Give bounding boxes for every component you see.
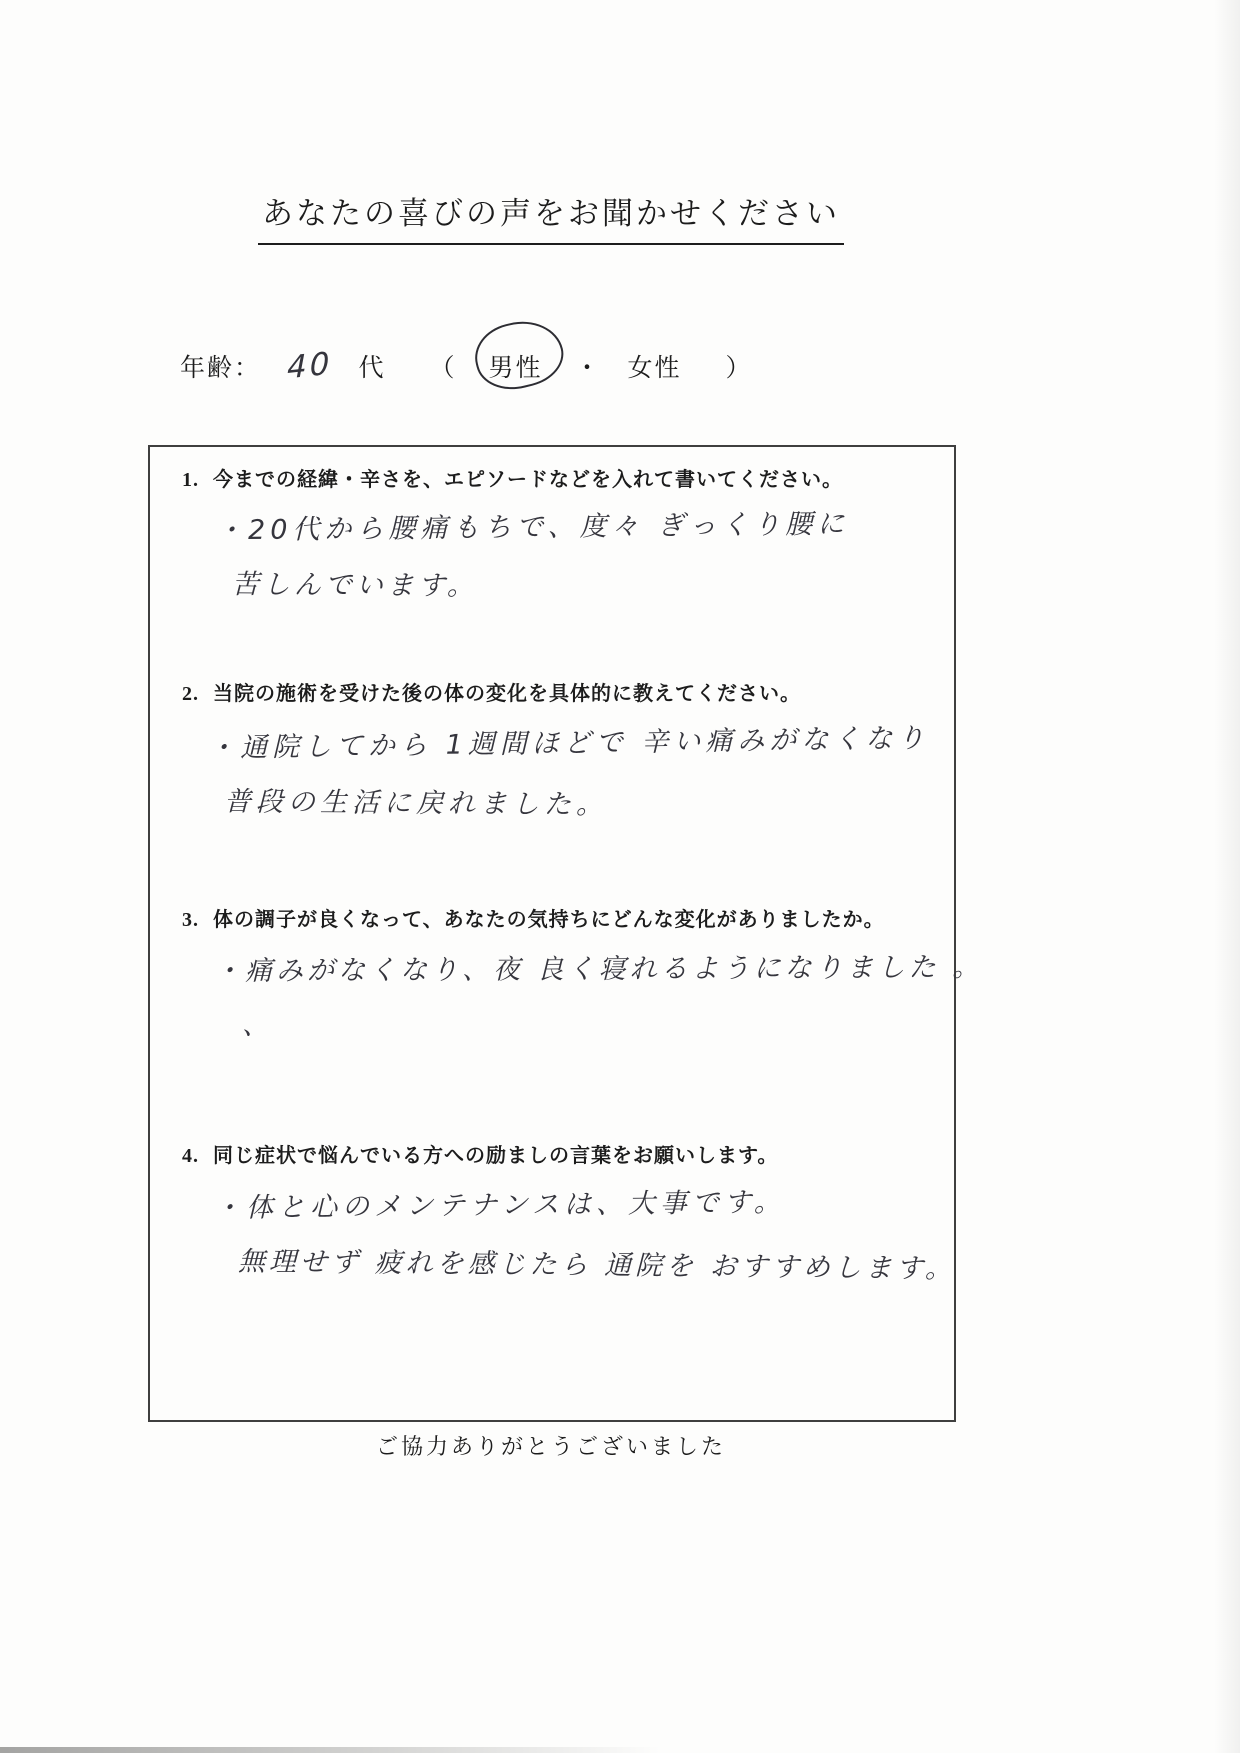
age-unit: 代 <box>358 355 385 382</box>
answer-2-line-2: 普段の生活に戻れました。 <box>224 779 608 821</box>
question-3-prompt: 3.体の調子が良くなって、あなたの気持ちにどんな変化がありましたか。 <box>182 903 885 932</box>
gender-separator: ・ <box>575 355 602 382</box>
scan-shadow-right <box>1214 0 1240 1753</box>
paren-close: ） <box>726 355 753 382</box>
age-value-handwritten: 40 <box>287 346 332 387</box>
question-3-number: 3. <box>182 909 199 932</box>
question-2-text: 当院の施術を受けた後の体の変化を具体的に教えてください。 <box>213 683 801 705</box>
answer-1-line-2: 苦しんでいます。 <box>232 562 478 603</box>
footer-thanks: ご協力ありがとうございました <box>148 1430 954 1461</box>
title-wrap: あなたの喜びの声をお聞かせください <box>148 188 954 245</box>
answer-4-line-1: ・体と心のメンテナンスは、大事です。 <box>214 1180 786 1225</box>
question-1-prompt: 1.今までの経緯・辛さを、エピソードなどを入れて書いてください。 <box>182 463 843 492</box>
gender-option-male: 男性 <box>483 348 549 384</box>
scan-shadow-bottom <box>0 1747 660 1753</box>
question-4-prompt: 4.同じ症状で悩んでいる方への励ましの言葉をお願いします。 <box>182 1139 778 1168</box>
scanned-survey-sheet: あなたの喜びの声をお聞かせください 年齢：40代（男性・女性） 1.今までの経緯… <box>0 0 1240 1753</box>
answer-2-line-1: ・通院してから 1週間ほどで 辛い痛みがなくなり <box>208 716 930 765</box>
question-4-number: 4. <box>182 1145 199 1168</box>
question-1-number: 1. <box>182 469 199 492</box>
answer-4-line-2: 無理せず 疲れを感じたら 通院を おすすめします。 <box>238 1239 956 1286</box>
question-2-prompt: 2.当院の施術を受けた後の体の変化を具体的に教えてください。 <box>182 677 801 706</box>
paren-open: （ <box>429 355 456 382</box>
female-label: 女性 <box>628 355 682 382</box>
answer-1-line-1: ・20代から腰痛もちで、度々 ぎっくり腰に <box>216 502 850 548</box>
male-label: 男性 <box>489 355 543 382</box>
profile-row: 年齢：40代（男性・女性） <box>180 348 753 384</box>
age-label: 年齢： <box>180 355 261 382</box>
question-2-number: 2. <box>182 683 199 706</box>
answer-3-stray-mark: 、 <box>242 1003 272 1042</box>
questionnaire-box: 1.今までの経緯・辛さを、エピソードなどを入れて書いてください。 ・20代から腰… <box>148 445 956 1422</box>
question-1-text: 今までの経緯・辛さを、エピソードなどを入れて書いてください。 <box>213 469 843 491</box>
question-3-text: 体の調子が良くなって、あなたの気持ちにどんな変化がありましたか。 <box>213 909 885 931</box>
page-title: あなたの喜びの声をお聞かせください <box>258 188 844 245</box>
answer-3-line-1: ・痛みがなくなり、夜 良く寝れるようになりました 。 <box>214 945 983 988</box>
question-4-text: 同じ症状で悩んでいる方への励ましの言葉をお願いします。 <box>213 1145 778 1167</box>
